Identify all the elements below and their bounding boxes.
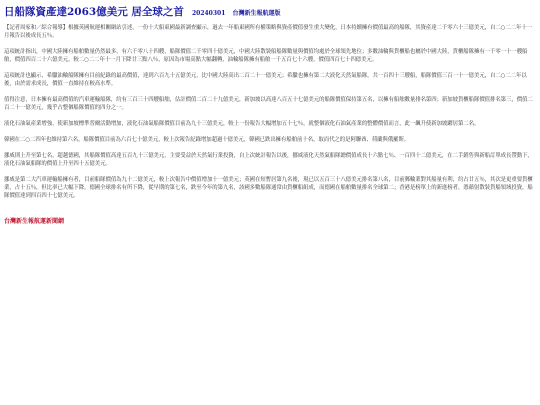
article-headline: 日船隊資產達2063億美元 居全球之首 20240301 台灣新生報航運版 — [4, 3, 536, 20]
article-paragraph-1: 【記者周家和／綜合報導】根據英國航運相關網站引述，一份十大船東國最新調查顯示，過… — [4, 24, 536, 40]
article-paragraph-3: 這項統計也顯示，希臘油輪船隊擁有目前紀錄的最高價值，達到六百九十五億美元，比中國… — [4, 72, 536, 88]
article-date: 20240301 — [192, 10, 225, 17]
article-source: 台灣新生報航運版 — [232, 10, 280, 17]
article-paragraph-6: 韓國在二○二四年也維持第六名，船隊價值目前為六百七十億美元，較上次報告紀錄增加超… — [4, 136, 536, 144]
article-paragraph-2: 這項統計指出，中國大陸擁有船舶數量仍然最多，有六千零八十四艘，船隊價值二千零四十… — [4, 48, 536, 64]
article-paragraph-5: 液化石油氣產業增強，使新加坡標準普爾活動增加，液化石油氣船隊價值目前為九十三億美… — [4, 120, 536, 128]
article-page: 日船隊資產達2063億美元 居全球之首 20240301 台灣新生報航運版 【記… — [0, 0, 540, 227]
article-title: 日船隊資產達2063億美元 居全球之首 — [4, 6, 184, 18]
article-paragraph-4: 值得注意，日本擁有最高價值的汽車運輸船隊，約有三百三十四艘船舶，估計價值二百二十… — [4, 96, 536, 112]
article-paragraph-7: 挪威則上升至第七名，超越德國，其船隊價值高達五百九十三億美元，主要受益於天然氣行… — [4, 152, 536, 168]
news-site-link[interactable]: 台灣新生報航運新聞網 — [4, 216, 64, 225]
article-paragraph-8: 挪威是第二大汽車運輸船擁有者，目前船隊價值為九十二億美元，較上次報告中價值增加十… — [4, 176, 536, 200]
article-body: 【記者周家和／綜合報導】根據英國航運相關網站引述，一份十大船東國最新調查顯示，過… — [4, 24, 536, 200]
